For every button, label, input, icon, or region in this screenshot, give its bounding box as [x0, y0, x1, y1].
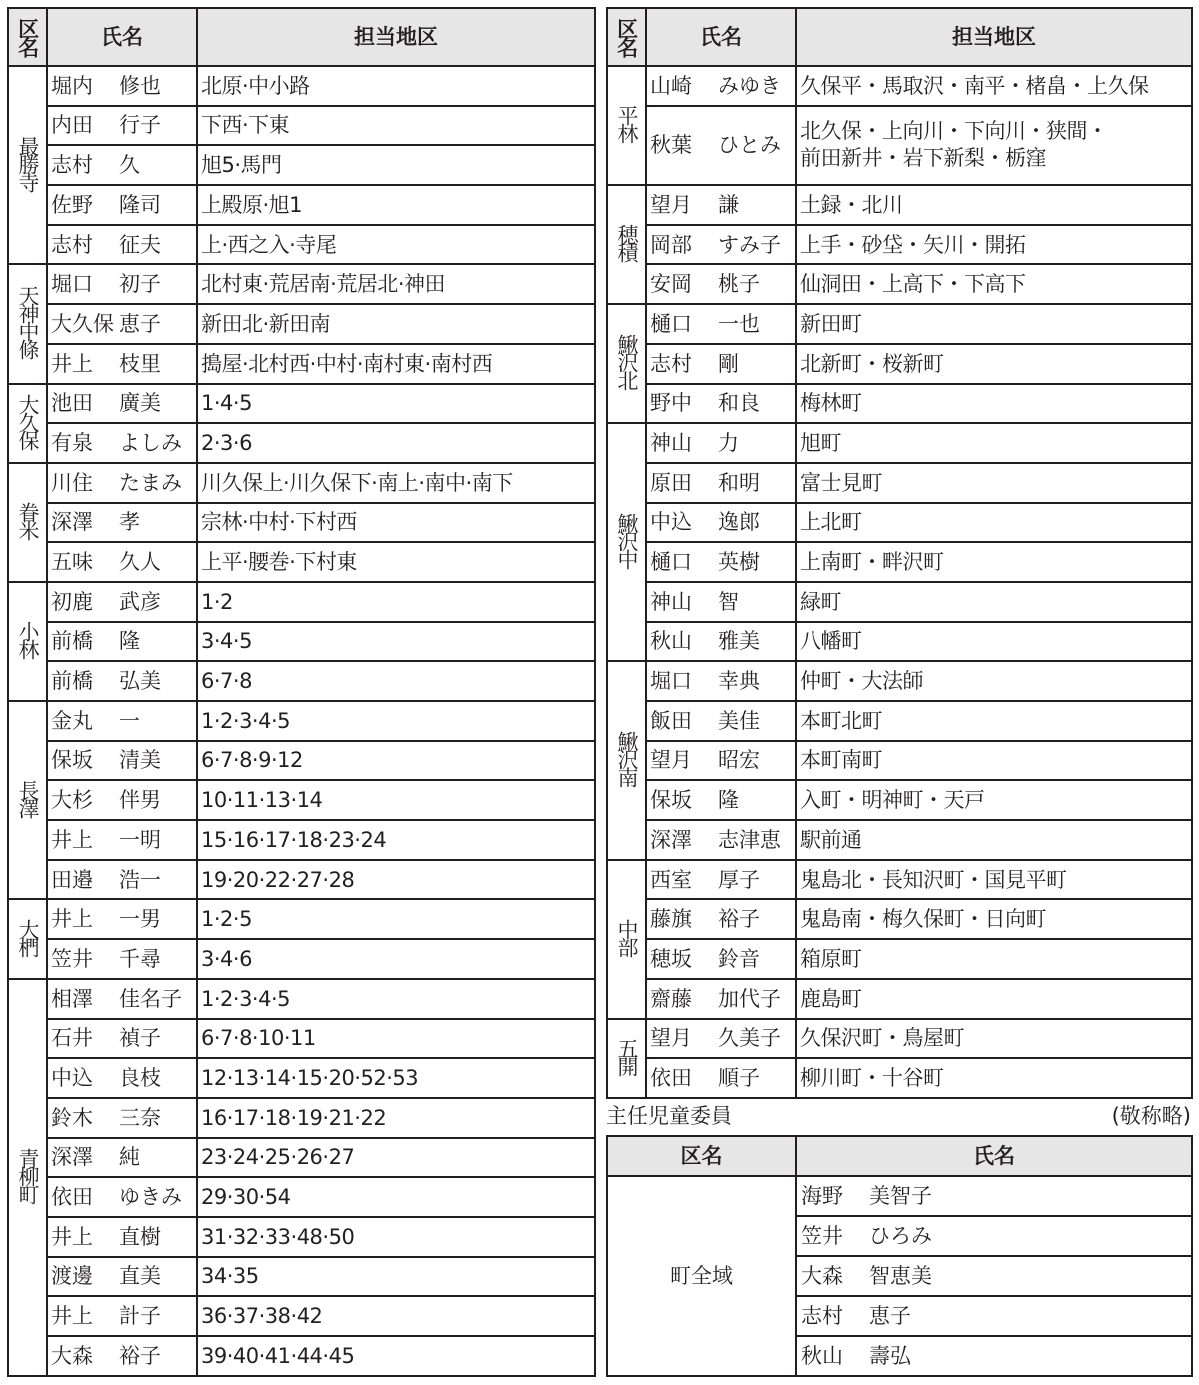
given-name: ゆきみ	[119, 1185, 182, 1209]
given-name: 弘美	[119, 669, 161, 693]
district-cell: 6·7·8	[197, 661, 595, 701]
table-row: 藤旗裕子鬼島南・梅久保町・日向町	[607, 899, 1192, 939]
given-name: 幸典	[718, 669, 760, 693]
family-name: 依田	[650, 1066, 718, 1090]
district-text: 上手・砂垈・矢川・開拓	[800, 233, 1026, 257]
district-text: 本町南町	[800, 748, 882, 772]
district-cell: 6·7·8·10·11	[197, 1019, 595, 1059]
district-cell: 川久保上·川久保下·南上·南中·南下	[197, 463, 595, 503]
district-text: 梅林町	[800, 391, 862, 415]
given-name: 一男	[119, 907, 161, 931]
table-row: 大椚井上一男1·2·5	[8, 899, 595, 939]
member-name-cell: 藤旗裕子	[646, 899, 796, 939]
district-cell: 新田北·新田南	[197, 304, 595, 344]
area-name-cell: 最勝寺	[8, 66, 47, 264]
district-cell: 31·32·33·48·50	[197, 1217, 595, 1257]
district-cell: 新田町	[796, 304, 1192, 344]
district-cell: 久保平・馬取沢・南平・楮畠・上久保	[796, 66, 1192, 106]
member-name-cell: 井上一明	[47, 820, 197, 860]
family-name: 初鹿	[51, 590, 119, 614]
table-row: 大久保池田廣美1·4·5	[8, 384, 595, 424]
district-cell: 仙洞田・上高下・下高下	[796, 264, 1192, 304]
district-cell: 本町北町	[796, 701, 1192, 741]
table-row: 飯田美佳本町北町	[607, 701, 1192, 741]
area-name-cell: 中部	[607, 860, 646, 1019]
member-name-cell: 大森裕子	[47, 1336, 197, 1376]
family-name: 深澤	[51, 1145, 119, 1169]
district-text: 15·16·17·18·23·24	[201, 828, 386, 852]
given-name: 智恵美	[869, 1264, 932, 1288]
district-cell: 1·2·5	[197, 899, 595, 939]
given-name: 恵子	[119, 312, 161, 336]
area-name-cell: 長澤	[8, 701, 47, 899]
table-row: 秋葉ひとみ北久保・上向川・下向川・狭間・前田新井・岩下新梨・栃窪	[607, 106, 1192, 185]
district-text: 北新町・桜新町	[800, 352, 944, 376]
district-text: 12·13·14·15·20·52·53	[201, 1066, 418, 1090]
table-row: 保坂隆入町・明神町・天戸	[607, 780, 1192, 820]
name-header: 氏名	[47, 8, 197, 66]
given-name: 清美	[119, 748, 161, 772]
area-name-cell: 平林	[607, 66, 646, 185]
district-cell: 1·2	[197, 582, 595, 622]
given-name: 佳名子	[119, 987, 182, 1011]
district-cell: 上殿原·旭1	[197, 185, 595, 225]
district-text: 下西·下東	[201, 113, 289, 137]
district-cell: 搗屋·北村西·中村·南村東·南村西	[197, 344, 595, 384]
district-cell: 1·4·5	[197, 384, 595, 424]
member-name-cell: 秋山壽弘	[796, 1336, 1192, 1376]
district-text: 鬼島南・梅久保町・日向町	[800, 907, 1046, 931]
member-name-cell: 樋口英樹	[646, 542, 796, 582]
given-name: 美佳	[718, 709, 760, 733]
district-text: 10·11·13·14	[201, 788, 322, 812]
table-row: 内田行子下西·下東	[8, 106, 595, 146]
district-cell: 10·11·13·14	[197, 780, 595, 820]
district-cell: 1·2·3·4·5	[197, 979, 595, 1019]
district-text: 旭町	[800, 431, 841, 455]
given-name: 裕子	[718, 907, 760, 931]
family-name: 金丸	[51, 709, 119, 733]
district-text: 鬼島北・長知沢町・国見平町	[800, 868, 1067, 892]
member-name-cell: 有泉よしみ	[47, 423, 197, 463]
area-header: 区名	[8, 8, 47, 66]
district-header: 担当地区	[796, 8, 1192, 66]
member-name-cell: 齋藤加代子	[646, 979, 796, 1019]
district-text: 土録・北川	[800, 193, 903, 217]
given-name: 久人	[119, 550, 161, 574]
district-text: 緑町	[800, 590, 841, 614]
family-name: 野中	[650, 391, 718, 415]
table-row: 深澤純23·24·25·26·27	[8, 1138, 595, 1178]
family-name: 樋口	[650, 550, 718, 574]
member-name-cell: 保坂清美	[47, 741, 197, 781]
table-row: 田邉浩一19·20·22·27·28	[8, 860, 595, 900]
district-text-line2: 前田新井・岩下新梨・栃窪	[800, 146, 1046, 170]
given-name: 修也	[119, 74, 161, 98]
given-name: 純	[119, 1145, 140, 1169]
area-name-cell: 町全域	[607, 1176, 796, 1376]
district-cell: 鬼島北・長知沢町・国見平町	[796, 860, 1192, 900]
district-cell: 土録・北川	[796, 185, 1192, 225]
district-text: 19·20·22·27·28	[201, 868, 354, 892]
table-row: 志村征夫上·西之入·寺尾	[8, 225, 595, 265]
name-header: 氏名	[796, 1136, 1192, 1176]
district-text: 31·32·33·48·50	[201, 1225, 354, 1249]
district-cell: 八幡町	[796, 622, 1192, 662]
table-row: 保坂清美6·7·8·9·12	[8, 741, 595, 781]
member-name-cell: 五味久人	[47, 542, 197, 582]
given-name: 浩一	[119, 868, 161, 892]
given-name: 禎子	[119, 1026, 161, 1050]
family-name: 堀口	[650, 669, 718, 693]
district-cell: 北村東·荒居南·荒居北·神田	[197, 264, 595, 304]
member-name-cell: 志村征夫	[47, 225, 197, 265]
table-row: 穂坂鈴音箱原町	[607, 939, 1192, 979]
given-name: 順子	[718, 1066, 760, 1090]
member-name-cell: 内田行子	[47, 106, 197, 146]
district-cell: 上北町	[796, 503, 1192, 543]
family-name: 志村	[650, 352, 718, 376]
family-name: 神山	[650, 590, 718, 614]
member-name-cell: 大杉伴男	[47, 780, 197, 820]
district-text: 上殿原·旭1	[201, 193, 302, 217]
given-name: 征夫	[119, 233, 161, 257]
district-text: 上平·腰巻·下村東	[201, 550, 357, 574]
table-row: 岡部すみ子上手・砂垈・矢川・開拓	[607, 225, 1192, 265]
district-cell: 2·3·6	[197, 423, 595, 463]
member-name-cell: 海野美智子	[796, 1176, 1192, 1216]
given-name: 隆	[718, 788, 739, 812]
table-row: 井上直樹31·32·33·48·50	[8, 1217, 595, 1257]
given-name: 良枝	[119, 1066, 161, 1090]
given-name: 恵子	[869, 1304, 911, 1328]
area-name: 鰍沢中	[616, 513, 637, 567]
member-name-cell: 望月久美子	[646, 1019, 796, 1059]
district-text: 3·4·6	[201, 947, 252, 971]
district-text: 仙洞田・上高下・下高下	[800, 272, 1026, 296]
given-name: 枝里	[119, 352, 161, 376]
member-name-cell: 中込良枝	[47, 1058, 197, 1098]
given-name: 英樹	[718, 550, 760, 574]
table-row: 大久保恵子新田北·新田南	[8, 304, 595, 344]
given-name: 直樹	[119, 1225, 161, 1249]
table-row: 笠井千尋3·4·6	[8, 939, 595, 979]
district-text: 富士見町	[800, 471, 882, 495]
district-text: 川久保上·川久保下·南上·南中·南下	[201, 471, 513, 495]
family-name: 井上	[51, 1225, 119, 1249]
district-text: 旭5·馬門	[201, 153, 282, 177]
district-text: 36·37·38·42	[201, 1304, 322, 1328]
district-text: 箱原町	[800, 947, 862, 971]
table-row: 眷米川住たまみ川久保上·川久保下·南上·南中·南下	[8, 463, 595, 503]
district-cell: 34·35	[197, 1257, 595, 1297]
given-name: 美智子	[869, 1184, 932, 1208]
given-name: 裕子	[119, 1344, 161, 1368]
area-name-cell: 大椚	[8, 899, 47, 978]
member-name-cell: 穂坂鈴音	[646, 939, 796, 979]
family-name: 井上	[51, 1304, 119, 1328]
district-text: 1·2·3·4·5	[201, 987, 290, 1011]
member-name-cell: 堀口初子	[47, 264, 197, 304]
district-text: 6·7·8·9·12	[201, 748, 303, 772]
table-row: 中部西室厚子鬼島北・長知沢町・国見平町	[607, 860, 1192, 900]
member-name-cell: 望月昭宏	[646, 741, 796, 781]
given-name: 一	[119, 709, 140, 733]
given-name: すみ子	[718, 233, 781, 257]
member-name-cell: 秋山雅美	[646, 622, 796, 662]
district-text: 柳川町・十谷町	[800, 1066, 944, 1090]
family-name: 笠井	[51, 947, 119, 971]
district-text: 39·40·41·44·45	[201, 1344, 354, 1368]
member-name-cell: 井上直樹	[47, 1217, 197, 1257]
table-row: 五味久人上平·腰巻·下村東	[8, 542, 595, 582]
member-name-cell: 渡邊直美	[47, 1257, 197, 1297]
family-name: 田邉	[51, 868, 119, 892]
family-name: 渡邊	[51, 1264, 119, 1288]
family-name: 志村	[51, 233, 119, 257]
district-cell: 富士見町	[796, 463, 1192, 503]
district-cell: 上平·腰巻·下村東	[197, 542, 595, 582]
given-name: よしみ	[119, 431, 182, 455]
table-row: 中込逸郎上北町	[607, 503, 1192, 543]
area-name-cell: 天神中條	[8, 264, 47, 383]
district-cell: 29·30·54	[197, 1177, 595, 1217]
district-cell: 39·40·41·44·45	[197, 1336, 595, 1376]
family-name: 原田	[650, 471, 718, 495]
district-text: 新田北·新田南	[201, 312, 330, 336]
area-name: 青柳町	[17, 1148, 38, 1202]
given-name: 武彦	[119, 590, 161, 614]
member-name-cell: 井上一男	[47, 899, 197, 939]
family-name: 中込	[51, 1066, 119, 1090]
given-name: 謙	[718, 193, 739, 217]
table-row: 天神中條堀口初子北村東·荒居南·荒居北·神田	[8, 264, 595, 304]
family-name: 内田	[51, 113, 119, 137]
family-name: 望月	[650, 1026, 718, 1050]
district-text: 本町北町	[800, 709, 882, 733]
chief-committee-title: 主任児童委員	[606, 1100, 732, 1130]
family-name: 相澤	[51, 987, 119, 1011]
family-name: 保坂	[650, 788, 718, 812]
given-name: 壽弘	[869, 1344, 911, 1368]
given-name: 隆司	[119, 193, 161, 217]
table-row: 前橋隆3·4·5	[8, 622, 595, 662]
given-name: 三奈	[119, 1106, 161, 1130]
family-name: 深澤	[51, 510, 119, 534]
area-name-cell: 大久保	[8, 384, 47, 463]
district-cell: 箱原町	[796, 939, 1192, 979]
table-row: 依田順子柳川町・十谷町	[607, 1058, 1192, 1098]
table-row: 最勝寺堀内修也北原·中小路	[8, 66, 595, 106]
table-row: 依田ゆきみ29·30·54	[8, 1177, 595, 1217]
district-cell: 16·17·18·19·21·22	[197, 1098, 595, 1138]
table-row: 渡邊直美34·35	[8, 1257, 595, 1297]
member-name-cell: 前橋弘美	[47, 661, 197, 701]
district-text: 駅前通	[800, 828, 862, 852]
family-name: 井上	[51, 907, 119, 931]
family-name: 安岡	[650, 272, 718, 296]
member-name-cell: 山崎みゆき	[646, 66, 796, 106]
member-name-cell: 深澤志津恵	[646, 820, 796, 860]
family-name: 依田	[51, 1185, 119, 1209]
member-name-cell: 佐野隆司	[47, 185, 197, 225]
left-committee-table: 区名 氏名 担当地区 最勝寺堀内修也北原·中小路内田行子下西·下東志村久旭5·馬…	[7, 7, 596, 1377]
given-name: 千尋	[119, 947, 161, 971]
district-cell: 36·37·38·42	[197, 1296, 595, 1336]
area-name: 鰍沢北	[616, 334, 637, 388]
district-cell: 北原·中小路	[197, 66, 595, 106]
district-header: 担当地区	[197, 8, 595, 66]
table-header-row: 区名 氏名 担当地区	[8, 8, 595, 66]
member-name-cell: 堀口幸典	[646, 661, 796, 701]
district-cell: 12·13·14·15·20·52·53	[197, 1058, 595, 1098]
district-cell: 緑町	[796, 582, 1192, 622]
table-row: 佐野隆司上殿原·旭1	[8, 185, 595, 225]
table-row: 中込良枝12·13·14·15·20·52·53	[8, 1058, 595, 1098]
member-name-cell: 岡部すみ子	[646, 225, 796, 265]
member-name-cell: 井上枝里	[47, 344, 197, 384]
member-name-cell: 安岡桃子	[646, 264, 796, 304]
district-cell: 上·西之入·寺尾	[197, 225, 595, 265]
district-cell: 23·24·25·26·27	[197, 1138, 595, 1178]
given-name: 久美子	[718, 1026, 781, 1050]
family-name: 中込	[650, 510, 718, 534]
district-cell: 19·20·22·27·28	[197, 860, 595, 900]
district-cell: 北新町・桜新町	[796, 344, 1192, 384]
district-text: 仲町・大法師	[800, 669, 923, 693]
table-header-row: 区名 氏名 担当地区	[607, 8, 1192, 66]
table-row: 有泉よしみ2·3·6	[8, 423, 595, 463]
given-name: 直美	[119, 1264, 161, 1288]
given-name: 廣美	[119, 391, 161, 415]
district-cell: 上南町・畔沢町	[796, 542, 1192, 582]
family-name: 井上	[51, 828, 119, 852]
district-cell: 上手・砂垈・矢川・開拓	[796, 225, 1192, 265]
family-name: 秋山	[650, 629, 718, 653]
district-text: 北村東·荒居南·荒居北·神田	[201, 272, 445, 296]
given-name: みゆき	[718, 74, 781, 98]
member-name-cell: 望月謙	[646, 185, 796, 225]
family-name: 有泉	[51, 431, 119, 455]
area-name: 眷米	[17, 502, 38, 538]
member-name-cell: 深澤孝	[47, 503, 197, 543]
area-name: 大久保	[17, 394, 38, 448]
area-name: 平林	[616, 105, 637, 141]
member-name-cell: 初鹿武彦	[47, 582, 197, 622]
table-row: 深澤志津恵駅前通	[607, 820, 1192, 860]
district-text: 上北町	[800, 510, 862, 534]
district-cell: 3·4·6	[197, 939, 595, 979]
family-name: 秋葉	[650, 133, 718, 157]
table-row: 青柳町相澤佳名子1·2·3·4·5	[8, 979, 595, 1019]
given-name: 行子	[119, 113, 161, 137]
area-name: 長澤	[17, 780, 38, 816]
table-row: 大杉伴男10·11·13·14	[8, 780, 595, 820]
member-name-cell: 志村久	[47, 145, 197, 185]
family-name: 川住	[51, 471, 119, 495]
member-name-cell: 堀内修也	[47, 66, 197, 106]
table-row: 原田和明富士見町	[607, 463, 1192, 503]
member-name-cell: 依田ゆきみ	[47, 1177, 197, 1217]
table-row: 五開望月久美子久保沢町・鳥屋町	[607, 1019, 1192, 1059]
given-name: たまみ	[119, 471, 182, 495]
family-name: 望月	[650, 748, 718, 772]
district-cell: 本町南町	[796, 741, 1192, 781]
district-cell: 旭町	[796, 423, 1192, 463]
member-name-cell: 秋葉ひとみ	[646, 106, 796, 185]
area-name-cell: 鰍沢中	[607, 423, 646, 661]
family-name: 石井	[51, 1026, 119, 1050]
member-name-cell: 前橋隆	[47, 622, 197, 662]
area-name-cell: 穂積	[607, 185, 646, 304]
member-name-cell: 田邉浩一	[47, 860, 197, 900]
family-name: 西室	[650, 868, 718, 892]
given-name: 加代子	[718, 987, 781, 1011]
member-name-cell: 鈴木三奈	[47, 1098, 197, 1138]
table-row: 鰍沢中神山力旭町	[607, 423, 1192, 463]
given-name: 和良	[718, 391, 760, 415]
district-cell: 梅林町	[796, 384, 1192, 424]
district-text: 入町・明神町・天戸	[800, 788, 985, 812]
family-name: 齋藤	[650, 987, 718, 1011]
table-row: 井上一明15·16·17·18·23·24	[8, 820, 595, 860]
table-row: 志村久旭5·馬門	[8, 145, 595, 185]
member-name-cell: 原田和明	[646, 463, 796, 503]
table-row: 樋口英樹上南町・畔沢町	[607, 542, 1192, 582]
member-name-cell: 志村剛	[646, 344, 796, 384]
district-text: 北久保・上向川・下向川・狭間・	[800, 119, 1108, 143]
district-text: 16·17·18·19·21·22	[201, 1106, 386, 1130]
table-row: 秋山雅美八幡町	[607, 622, 1192, 662]
family-name: 志村	[51, 153, 119, 177]
family-name: 岡部	[650, 233, 718, 257]
area-name: 五開	[616, 1038, 637, 1074]
district-text: 鹿島町	[800, 987, 862, 1011]
right-committee-table: 区名 氏名 担当地区 平林山崎みゆき久保平・馬取沢・南平・楮畠・上久保秋葉ひとみ…	[606, 7, 1193, 1099]
given-name: 厚子	[718, 868, 760, 892]
given-name: 鈴音	[718, 947, 760, 971]
family-name: 五味	[51, 550, 119, 574]
given-name: 桃子	[718, 272, 760, 296]
table-row: 野中和良梅林町	[607, 384, 1192, 424]
area-name: 小林	[17, 621, 38, 657]
member-name-cell: 保坂隆	[646, 780, 796, 820]
name-header: 氏名	[646, 8, 796, 66]
district-text: 29·30·54	[201, 1185, 291, 1209]
given-name: 志津恵	[718, 828, 781, 852]
given-name: 孝	[119, 510, 140, 534]
member-name-cell: 神山力	[646, 423, 796, 463]
table-row: 深澤孝宗林·中村·下村西	[8, 503, 595, 543]
district-text: 23·24·25·26·27	[201, 1145, 354, 1169]
family-name: 大久保	[51, 312, 119, 336]
district-cell: 柳川町・十谷町	[796, 1058, 1192, 1098]
district-text: 34·35	[201, 1264, 259, 1288]
family-name: 海野	[801, 1184, 869, 1208]
family-name: 山崎	[650, 74, 718, 98]
district-text: 新田町	[800, 312, 862, 336]
member-name-cell: 樋口一也	[646, 304, 796, 344]
member-name-cell: 井上計子	[47, 1296, 197, 1336]
district-text: 宗林·中村·下村西	[201, 510, 357, 534]
district-cell: 旭5·馬門	[197, 145, 595, 185]
area-header: 区名	[607, 1136, 796, 1176]
district-text: 上·西之入·寺尾	[201, 233, 336, 257]
district-cell: 下西·下東	[197, 106, 595, 146]
family-name: 大森	[801, 1264, 869, 1288]
member-name-cell: 深澤純	[47, 1138, 197, 1178]
given-name: ひとみ	[718, 133, 781, 157]
